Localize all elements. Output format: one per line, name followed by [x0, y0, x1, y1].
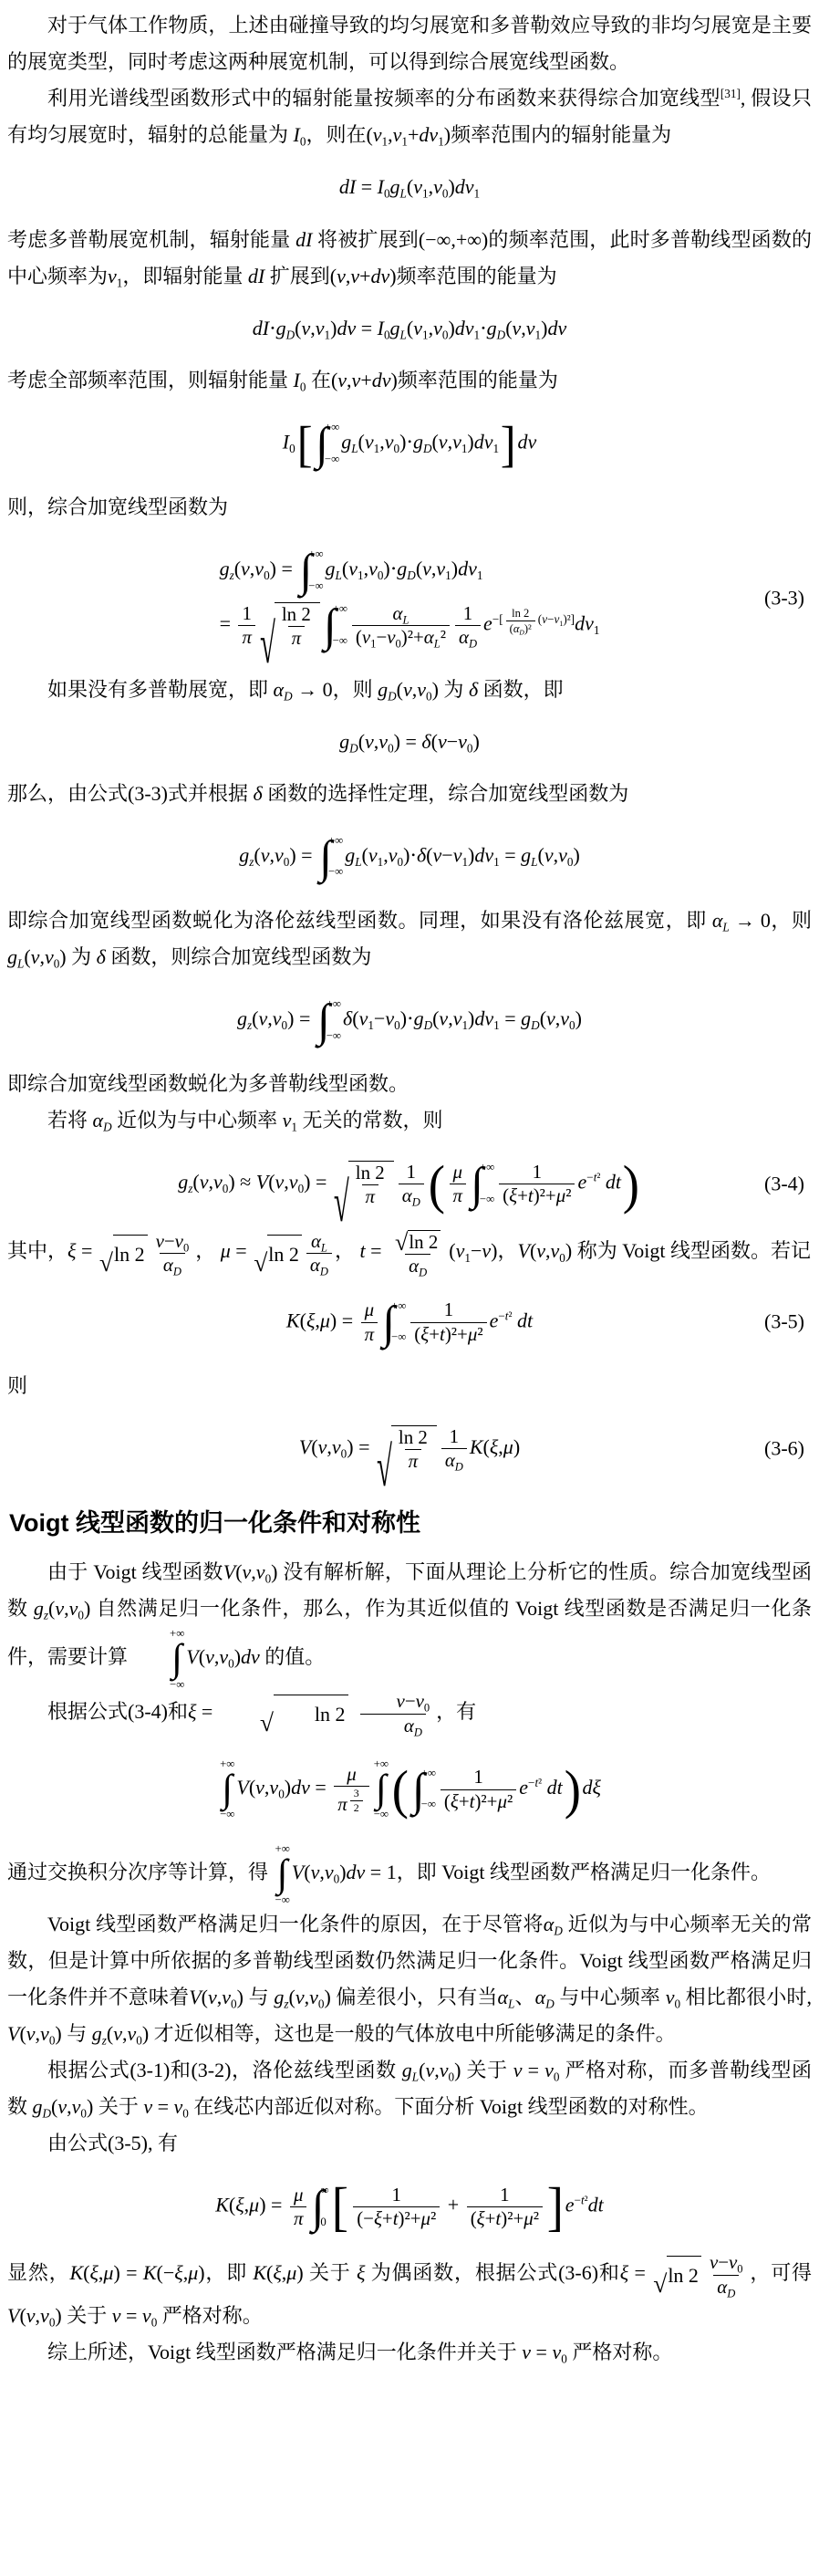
radical-icon: √: [653, 2256, 667, 2294]
equation-I0-bracket: I0[∫+∞−∞gL(ν1,ν0)⋅gD(ν,ν1)dν1]dν: [7, 413, 812, 475]
equation-number: (3-4): [764, 1172, 804, 1198]
equation-number: (3-5): [764, 1309, 804, 1336]
radical-icon: √: [254, 1235, 267, 1273]
paragraph-intro: 对于气体工作物质，上述由碰撞导致的均匀展宽和多普勒效应导致的非均匀展宽是主要的展…: [7, 7, 812, 80]
paragraph-degenerate-lorentz: 即综合加宽线型函数蜕化为洛伦兹线型函数。同理，如果没有洛伦兹展宽，即 αL → …: [7, 902, 812, 975]
equation-body: V(ν,ν0) = √ln 2π1αDK(ξ,μ): [299, 1419, 520, 1479]
radical-icon: √: [99, 1235, 113, 1273]
big-delimiter: (: [392, 1770, 409, 1809]
paragraph-even-function: 显然，K(ξ,μ) = K(−ξ,μ)，即 K(ξ,μ) 关于 ξ 为偶函数，根…: [7, 2252, 812, 2334]
paragraph-no-doppler: 如果没有多普勒展宽，即 αD → 0，则 gD(ν,ν0) 为 δ 函数，即: [7, 672, 812, 708]
big-delimiter: ]: [501, 426, 516, 463]
big-delimiter: ): [564, 1770, 580, 1809]
equation-body: gz(ν,ν0) = ∫+∞−∞δ(ν1−ν0)⋅gD(ν,ν1)dν1 = g…: [237, 990, 582, 1051]
equation-body: gz(ν,ν0) = ∫+∞−∞gL(ν1,ν0)⋅gD(ν,ν1)dν1= 1…: [220, 540, 600, 656]
equation-body: dI⋅gD(ν,ν1)dν = I0gL(ν1,ν0)dν1⋅gD(ν,ν1)d…: [253, 309, 566, 349]
document-page: 对于气体工作物质，上述由碰撞导致的均匀展宽和多普勒效应导致的非均匀展宽是主要的展…: [0, 0, 819, 2385]
paragraph-full-frequency: 考虑全部频率范围，则辐射能量 I0 在(ν,ν+dν)频率范围的能量为: [7, 362, 812, 399]
radical-icon: √: [395, 1230, 408, 1253]
paragraph-then-combined: 则，综合加宽线型函数为: [7, 489, 812, 526]
paragraph-symmetry-intro: 根据公式(3-1)和(3-2)，洛伦兹线型函数 gL(ν,ν0) 关于 ν = …: [7, 2052, 812, 2125]
equation-gD-delta: gD(ν,ν0) = δ(ν−ν0): [7, 723, 812, 762]
equation-K-even: K(ξ,μ) = μπ∫∞0[1(−ξ+t)²+μ² + 1(ξ+t)²+μ²]…: [7, 2176, 812, 2237]
equation-body: gz(ν,ν0) ≈ V(ν,ν0) = √ln 2π1αD(μπ∫+∞−∞1(…: [178, 1153, 640, 1215]
radical-icon: √: [334, 1132, 349, 1226]
equation-body: K(ξ,μ) = μπ∫∞0[1(−ξ+t)²+μ² + 1(ξ+t)²+μ²]…: [215, 2176, 604, 2237]
radical-icon: √: [220, 1695, 274, 1733]
equation-gz-to-gD: gz(ν,ν0) = ∫+∞−∞δ(ν1−ν0)⋅gD(ν,ν1)dν1 = g…: [7, 990, 812, 1051]
paragraph-conclusion: 综上所述，Voigt 线型函数严格满足归一化条件并关于 ν = ν0 严格对称。: [7, 2334, 812, 2371]
equation-body: I0[∫+∞−∞gL(ν1,ν0)⋅gD(ν,ν1)dν1]dν: [283, 413, 536, 475]
integral-icon: ∫: [376, 1771, 387, 1809]
equation-voigt-normalization: +∞∫−∞V(ν,ν0)dν = μπ32+∞∫−∞(∫+∞−∞1(ξ+t)²+…: [7, 1751, 812, 1828]
paragraph-then: 则: [7, 1368, 812, 1404]
big-delimiter: [: [332, 2187, 348, 2227]
big-delimiter: ): [623, 1165, 639, 1205]
equation-body: dI = I0gL(ν1,ν0)dν1: [339, 168, 480, 207]
equation-body: +∞∫−∞V(ν,ν0)dν = μπ32+∞∫−∞(∫+∞−∞1(ξ+t)²+…: [218, 1751, 601, 1828]
equation-dI-gD: dI⋅gD(ν,ν1)dν = I0gL(ν1,ν0)dν1⋅gD(ν,ν1)d…: [7, 309, 812, 349]
equation-3-3: gz(ν,ν0) = ∫+∞−∞gL(ν1,ν0)⋅gD(ν,ν1)dν1= 1…: [7, 540, 812, 656]
equation-body: gD(ν,ν0) = δ(ν−ν0): [339, 723, 480, 762]
big-delimiter: ]: [547, 2187, 564, 2227]
equation-3-5: K(ξ,μ) = μπ∫+∞−∞1(ξ+t)²+μ²e−t² dt(3-5): [7, 1292, 812, 1353]
section-heading: Voigt 线型函数的归一化条件和对称性: [9, 1507, 812, 1539]
paragraph-definitions: 其中，ξ = √ln 2ν−ν0αD， μ = √ln 2αLαD， t = √…: [7, 1229, 812, 1277]
integral-icon: ∫: [131, 1641, 182, 1678]
radical-icon: √: [260, 573, 275, 668]
equation-dI: dI = I0gL(ν1,ν0)dν1: [7, 168, 812, 207]
equation-number: (3-6): [764, 1435, 804, 1462]
big-delimiter: (: [429, 1165, 445, 1205]
equation-body: K(ξ,μ) = μπ∫+∞−∞1(ξ+t)²+μ²e−t² dt: [286, 1292, 533, 1353]
paragraph-normalization-reason: Voigt 线型函数严格满足归一化条件的原因，在于尽管将αD 近似为与中心频率无…: [7, 1906, 812, 2052]
paragraph-alphaD-constant: 若将 αD 近似为与中心频率 ν1 无关的常数，则: [7, 1102, 812, 1139]
integral-icon: ∫: [277, 1856, 288, 1893]
paragraph-from-3-5: 由公式(3-5), 有: [7, 2125, 812, 2162]
paragraph-exchange-order: 通过交换积分次序等计算，得 +∞∫−∞V(ν,ν0)dν = 1，即 Voigt…: [7, 1842, 812, 1906]
radical-icon: √: [377, 1396, 392, 1491]
equation-3-6: V(ν,ν0) = √ln 2π1αDK(ξ,μ)(3-6): [7, 1419, 812, 1479]
paragraph-doppler-mechanism: 考虑多普勒展宽机制，辐射能量 dI 将被扩展到(−∞,+∞)的频率范围，此时多普…: [7, 222, 812, 295]
integral-icon: ∫: [222, 1771, 233, 1809]
paragraph-according-3-4: 根据公式(3-4)和ξ = √ln 2ν−ν0αD，有: [7, 1691, 812, 1736]
equation-body: gz(ν,ν0) = ∫+∞−∞gL(ν1,ν0)⋅δ(ν−ν1)dν1 = g…: [239, 827, 580, 888]
paragraph-normalization-intro: 由于 Voigt 线型函数V(ν,ν0) 没有解析解，下面从理论上分析它的性质。…: [7, 1554, 812, 1691]
paragraph-radiation-energy: 利用光谱线型函数形式中的辐射能量按频率的分布函数来获得综合加宽线型[31], 假…: [7, 80, 812, 153]
big-delimiter: [: [296, 426, 312, 463]
equation-3-4: gz(ν,ν0) ≈ V(ν,ν0) = √ln 2π1αD(μπ∫+∞−∞1(…: [7, 1153, 812, 1215]
paragraph-delta-selectivity: 那么，由公式(3-3)式并根据 δ 函数的选择性定理，综合加宽线型函数为: [7, 776, 812, 812]
equation-gz-to-gL: gz(ν,ν0) = ∫+∞−∞gL(ν1,ν0)⋅δ(ν−ν1)dν1 = g…: [7, 827, 812, 888]
equation-number: (3-3): [764, 586, 804, 612]
paragraph-degenerate-doppler: 即综合加宽线型函数蜕化为多普勒线型函数。: [7, 1066, 812, 1102]
